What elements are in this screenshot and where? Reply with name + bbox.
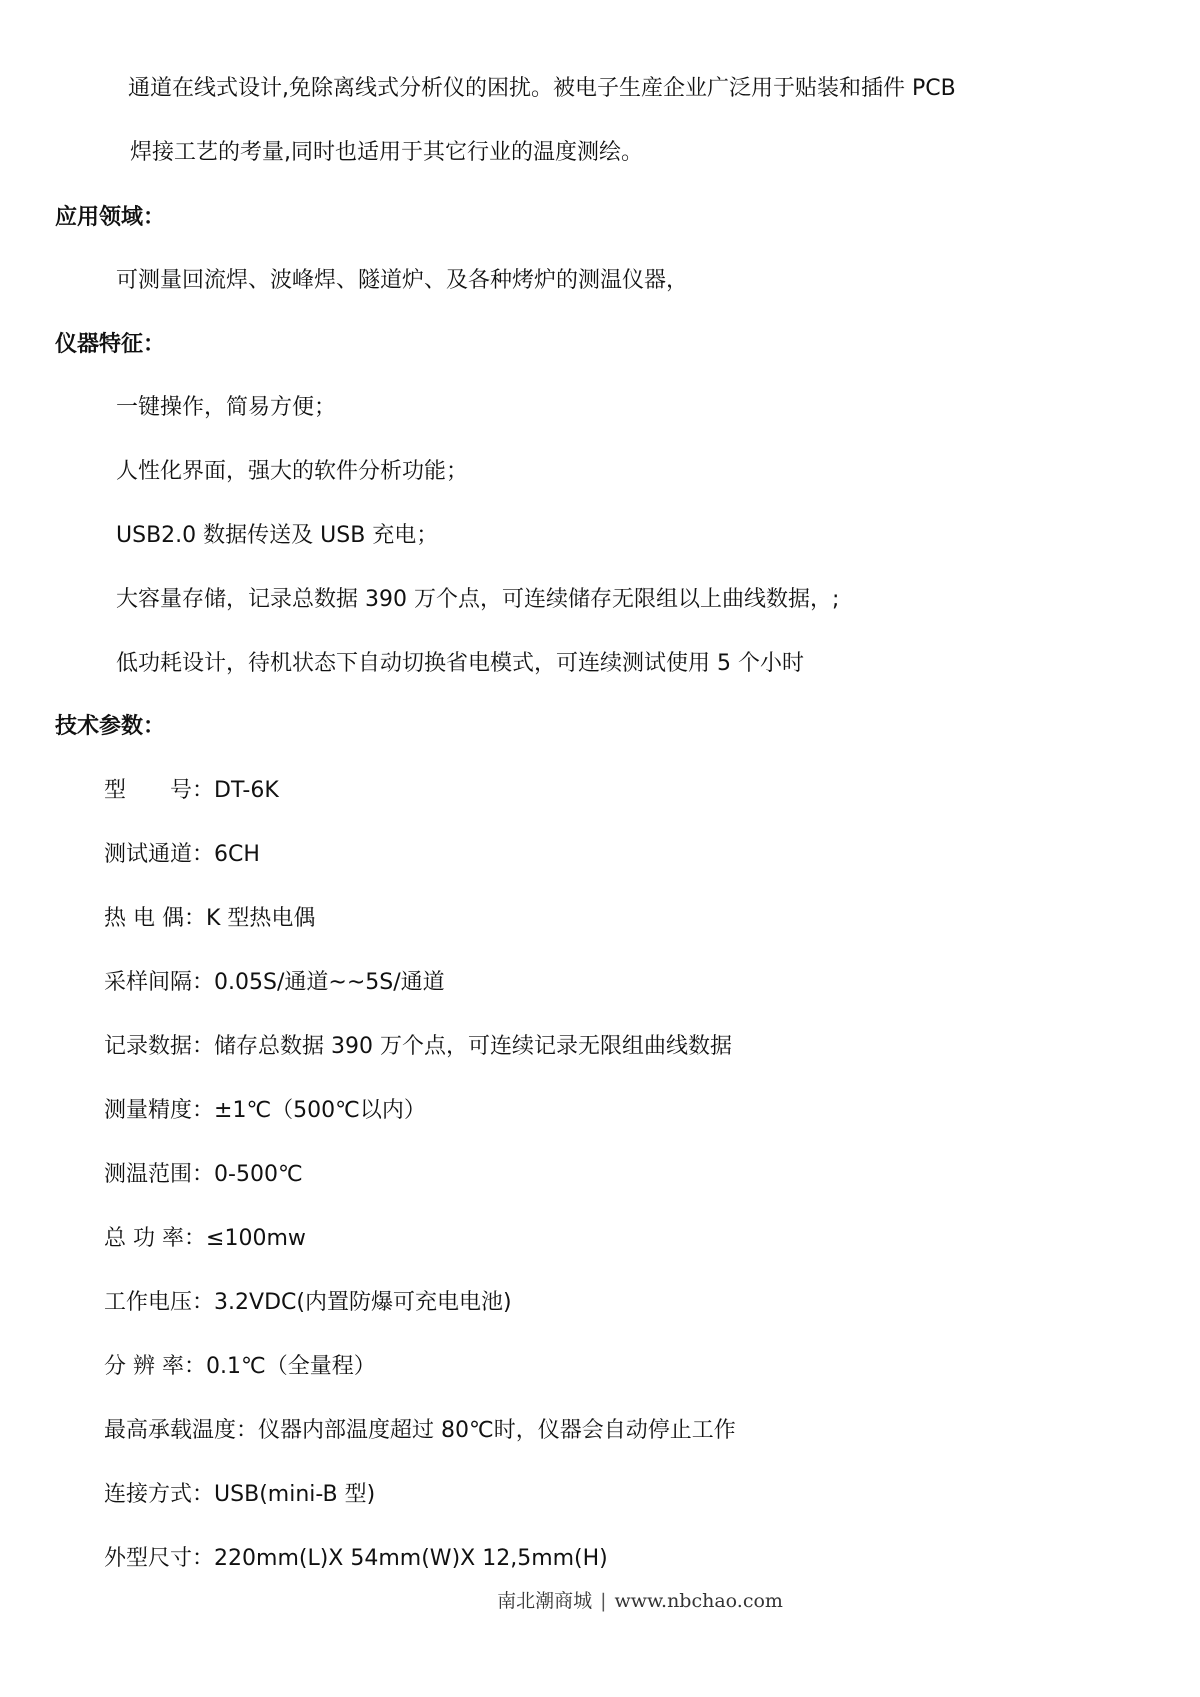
spec-row-resolution: 分 辨 率：0.1℃（全量程） — [104, 1352, 376, 1382]
spec-label: 热 电 偶 — [104, 906, 184, 931]
spec-row-voltage: 工作电压：3.2VDC(内置防爆可充电电池) — [104, 1288, 512, 1318]
spec-label: 测量精度 — [104, 1098, 192, 1123]
spec-value: DT-6K — [214, 778, 279, 803]
spec-value: 3.2VDC(内置防爆可充电电池) — [214, 1290, 512, 1315]
intro-line-1: 通道在线式设计,免除离线式分析仪的困扰。被电子生産企业广泛用于贴装和插件 PCB — [128, 74, 956, 104]
spec-separator: ： — [192, 842, 214, 867]
application-heading: 应用领域： — [55, 203, 165, 233]
feature-item: 低功耗设计，待机状态下自动切换省电模式，可连续测试使用 5 个小时 — [116, 649, 804, 679]
spec-separator: ： — [192, 1098, 214, 1123]
spec-value: 220mm(L)X 54mm(W)X 12,5mm(H) — [214, 1546, 608, 1571]
spec-value: USB(mini-B 型) — [214, 1482, 375, 1507]
spec-value: 0-500℃ — [214, 1162, 303, 1187]
page-footer: 南北潮商城|www.nbchao.com — [0, 1588, 1200, 1614]
features-heading: 仪器特征： — [55, 330, 165, 360]
spec-separator: ： — [192, 970, 214, 995]
spec-label: 型 号 — [104, 778, 192, 803]
spec-label: 最高承载温度 — [104, 1418, 236, 1443]
spec-value: 0.05S/通道~~5S/通道 — [214, 970, 445, 995]
spec-label: 测试通道 — [104, 842, 192, 867]
spec-separator: ： — [236, 1418, 258, 1443]
footer-url[interactable]: www.nbchao.com — [615, 1590, 783, 1612]
spec-row-accuracy: 测量精度：±1℃（500℃以内） — [104, 1096, 426, 1126]
application-text: 可测量回流焊、波峰焊、隧道炉、及各种烤炉的测温仪器， — [116, 266, 688, 296]
feature-item: 大容量存储，记录总数据 390 万个点，可连续储存无限组以上曲线数据，; — [116, 585, 839, 615]
spec-value: 0.1℃（全量程） — [206, 1354, 376, 1379]
spec-separator: ： — [192, 1482, 214, 1507]
spec-value: K 型热电偶 — [206, 906, 315, 931]
spec-label: 测温范围 — [104, 1162, 192, 1187]
spec-row-max-temperature: 最高承载温度：仪器内部温度超过 80℃时，仪器会自动停止工作 — [104, 1416, 736, 1446]
spec-separator: ： — [184, 906, 206, 931]
spec-row-record-data: 记录数据：储存总数据 390 万个点，可连续记录无限组曲线数据 — [104, 1032, 732, 1062]
feature-item: 人性化界面，强大的软件分析功能； — [116, 457, 468, 487]
specs-heading: 技术参数： — [55, 712, 165, 742]
spec-row-connection: 连接方式：USB(mini-B 型) — [104, 1480, 375, 1510]
spec-separator: ： — [192, 1546, 214, 1571]
spec-label: 工作电压 — [104, 1290, 192, 1315]
spec-row-total-power: 总 功 率：≤100mw — [104, 1224, 306, 1254]
spec-row-model: 型 号：DT-6K — [104, 776, 279, 806]
spec-row-temperature-range: 测温范围：0-500℃ — [104, 1160, 303, 1190]
footer-site-name: 南北潮商城 — [497, 1590, 592, 1612]
spec-value: ±1℃（500℃以内） — [214, 1098, 426, 1123]
spec-separator: ： — [192, 1162, 214, 1187]
feature-item: 一键操作，简易方便； — [116, 393, 336, 423]
spec-separator: ： — [192, 778, 214, 803]
spec-label: 总 功 率 — [104, 1226, 184, 1251]
feature-item: USB2.0 数据传送及 USB 充电； — [116, 521, 438, 551]
spec-value: 6CH — [214, 842, 260, 867]
spec-label: 采样间隔 — [104, 970, 192, 995]
spec-separator: ： — [184, 1354, 206, 1379]
spec-label: 分 辨 率 — [104, 1354, 184, 1379]
spec-value: ≤100mw — [206, 1226, 306, 1251]
spec-separator: ： — [192, 1290, 214, 1315]
spec-row-sampling-interval: 采样间隔：0.05S/通道~~5S/通道 — [104, 968, 445, 998]
footer-separator: | — [600, 1588, 606, 1614]
spec-row-channels: 测试通道：6CH — [104, 840, 260, 870]
spec-value: 储存总数据 390 万个点，可连续记录无限组曲线数据 — [214, 1034, 732, 1059]
spec-row-thermocouple: 热 电 偶：K 型热电偶 — [104, 904, 315, 934]
spec-row-dimensions: 外型尺寸：220mm(L)X 54mm(W)X 12,5mm(H) — [104, 1544, 608, 1574]
spec-separator: ： — [192, 1034, 214, 1059]
spec-separator: ： — [184, 1226, 206, 1251]
spec-label: 连接方式 — [104, 1482, 192, 1507]
spec-label: 记录数据 — [104, 1034, 192, 1059]
spec-label: 外型尺寸 — [104, 1546, 192, 1571]
spec-value: 仪器内部温度超过 80℃时，仪器会自动停止工作 — [258, 1418, 736, 1443]
intro-line-2: 焊接工艺的考量,同时也适用于其它行业的温度测绘。 — [130, 138, 643, 168]
